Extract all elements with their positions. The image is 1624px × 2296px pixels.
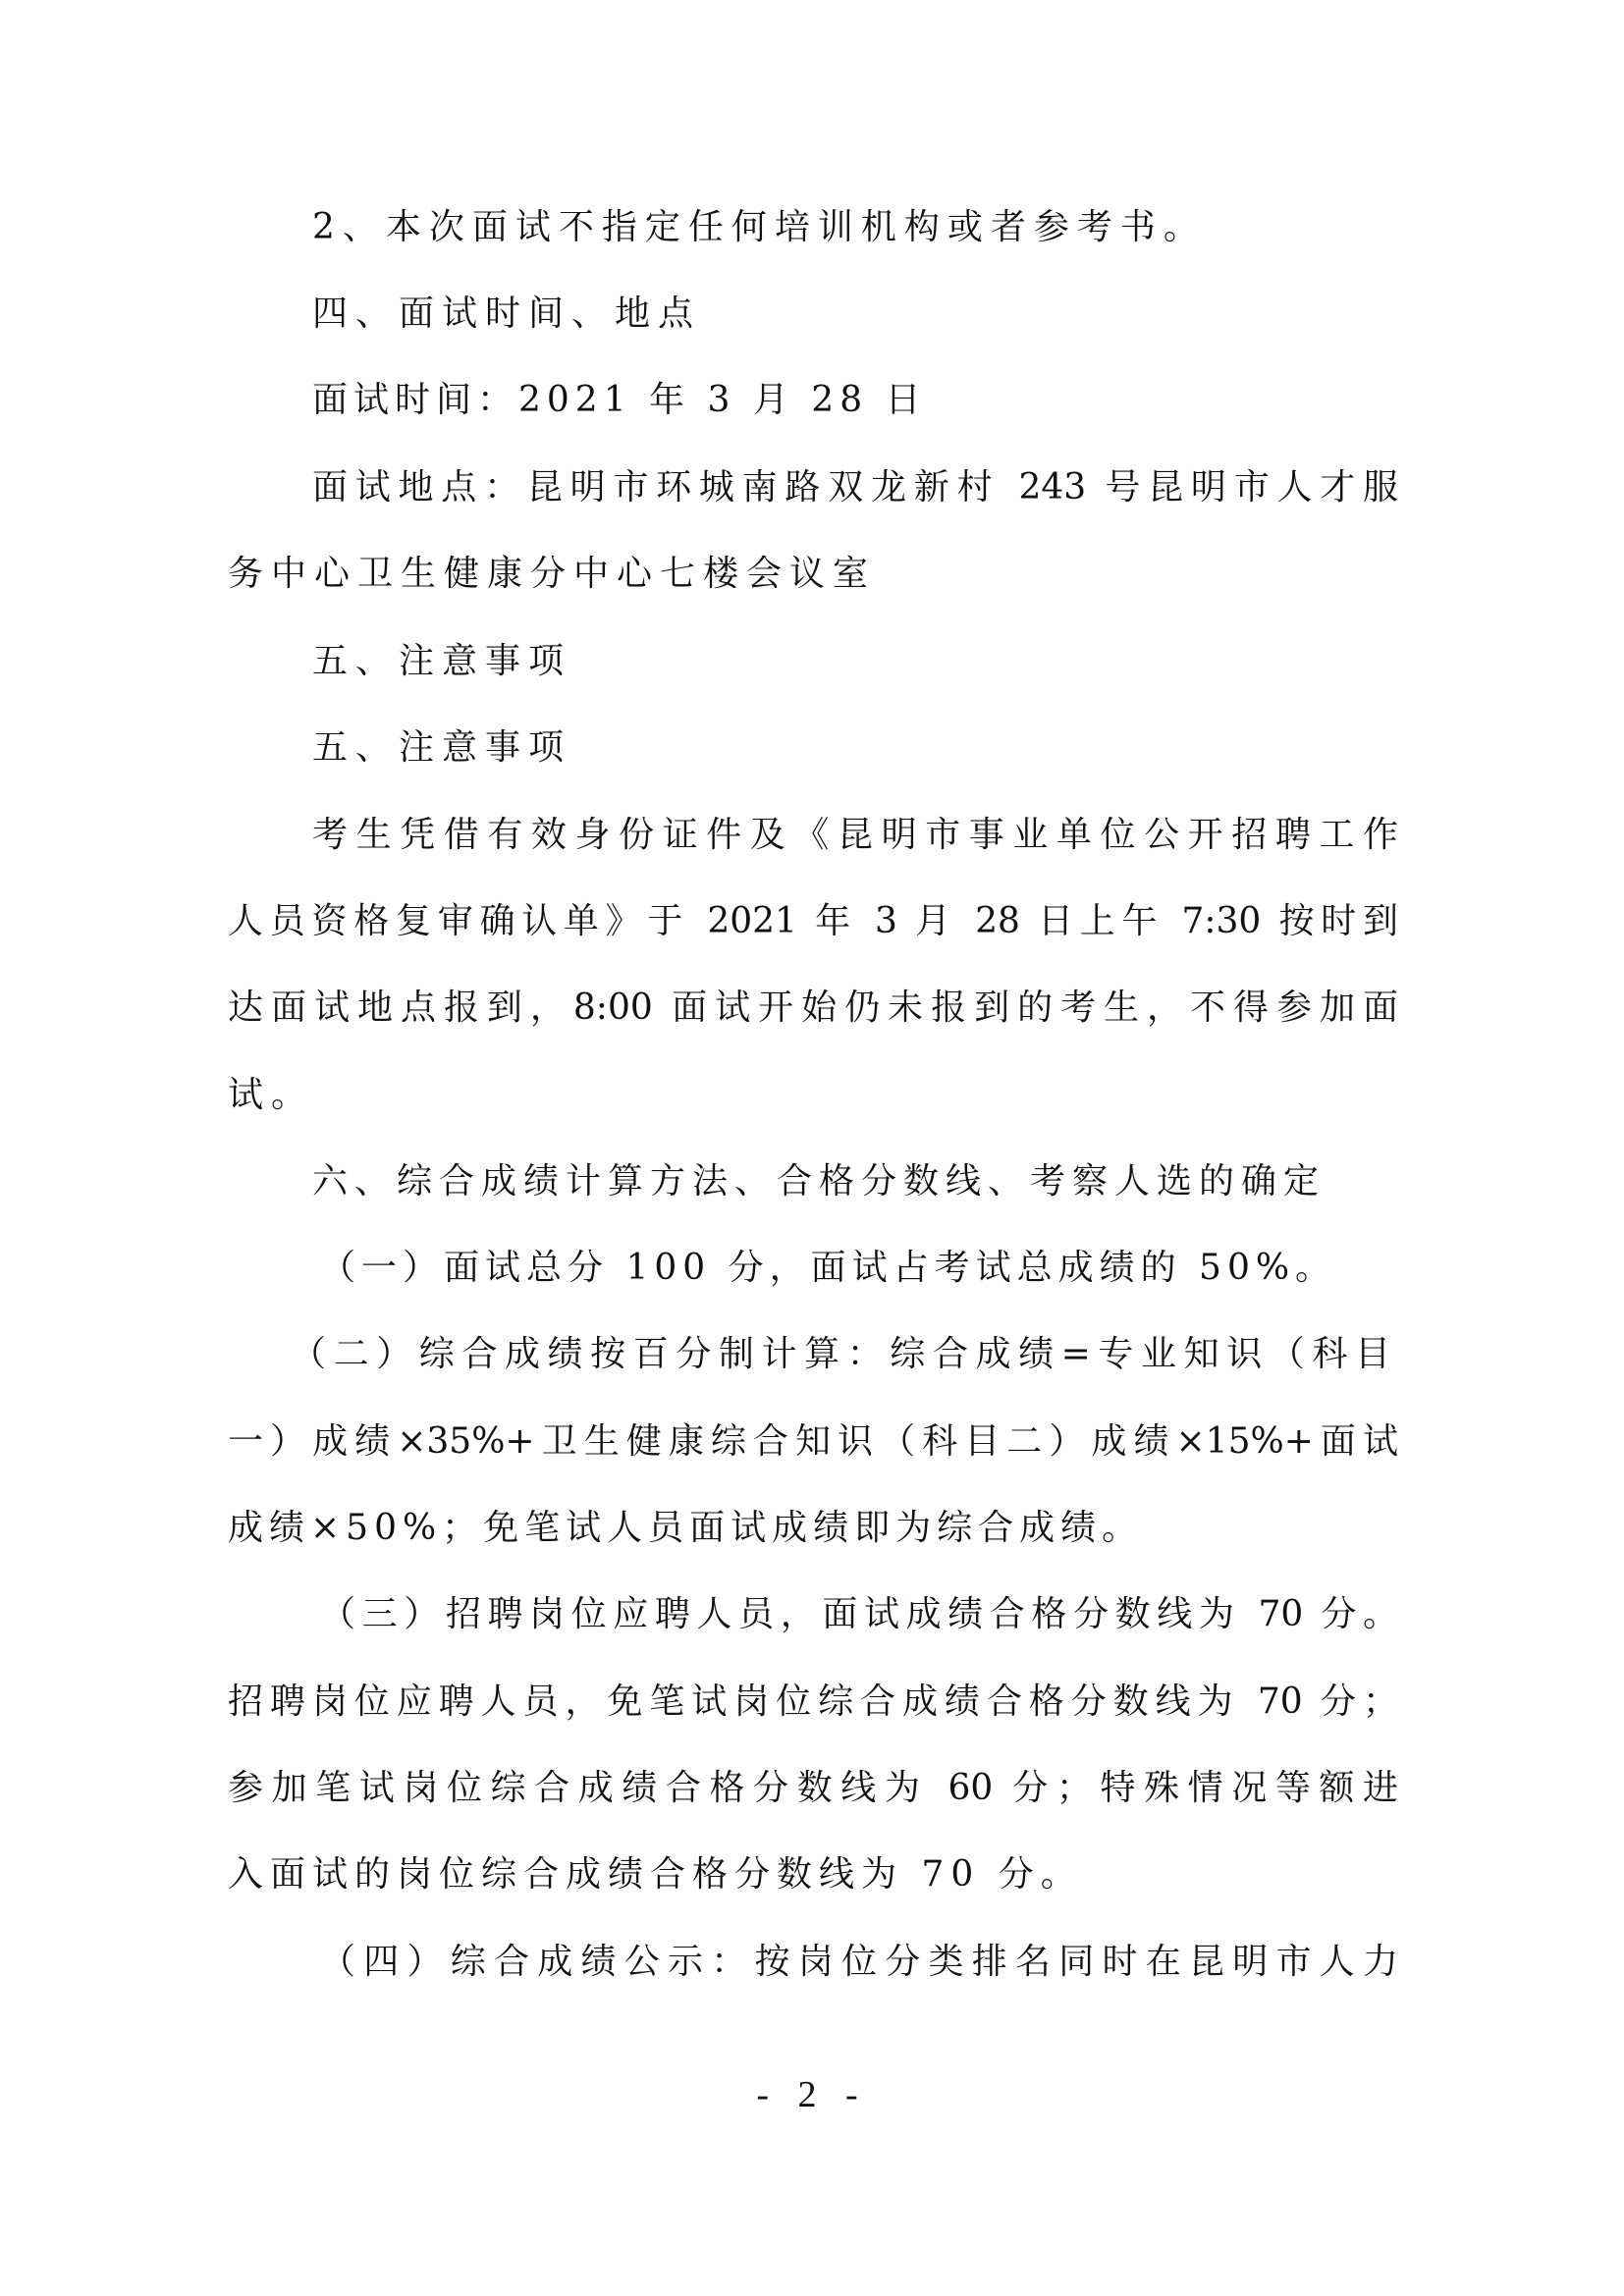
- scoring-item-3-line-3: 参加笔试岗位综合成绩合格分数线为 60 分；特殊情况等额进: [228, 1767, 1398, 1810]
- scoring-item-3-line-1: （三）招聘岗位应聘人员，面试成绩合格分数线为 70 分。: [320, 1593, 1398, 1636]
- page-number: - 2 -: [0, 2073, 1624, 2116]
- document-page: 2、本次面试不指定任何培训机构或者参考书。 四、面试时间、地点 面试时间：202…: [0, 0, 1624, 2296]
- scoring-item-1: （一）面试总分 100 分，面试占考试总成绩的 50%。: [320, 1247, 1336, 1290]
- scoring-item-2-line-3: 成绩×50%；免笔试人员面试成绩即为综合成绩。: [228, 1507, 1143, 1550]
- scoring-item-3-line-2: 招聘岗位应聘人员，免笔试岗位综合成绩合格分数线为 70 分；: [228, 1681, 1398, 1724]
- notes-paragraph-line-2: 人员资格复审确认单》于 2021 年 3 月 28 日上午 7:30 按时到: [228, 900, 1398, 943]
- scoring-item-2-line-2: 一）成绩×35%+卫生健康综合知识（科目二）成绩×15%+面试: [228, 1420, 1398, 1464]
- paragraph-no-designated-training: 2、本次面试不指定任何培训机构或者参考书。: [312, 206, 1207, 249]
- scoring-item-4-line-1: （四）综合成绩公示：按岗位分类排名同时在昆明市人力: [320, 1941, 1398, 1984]
- scoring-item-2-line-1: （二）综合成绩按百分制计算：综合成绩=专业知识（科目: [291, 1333, 1390, 1376]
- heading-notes-duplicate: 五、注意事项: [312, 726, 571, 770]
- notes-paragraph-line-4: 试。: [228, 1074, 314, 1117]
- notes-paragraph-line-1: 考生凭借有效身份证件及《昆明市事业单位公开招聘工作: [312, 814, 1398, 857]
- interview-place-line-2: 务中心卫生健康分中心七楼会议室: [228, 553, 876, 596]
- interview-time: 面试时间：2021 年 3 月 28 日: [312, 379, 927, 422]
- notes-paragraph-line-3: 达面试地点报到，8:00 面试开始仍未报到的考生，不得参加面: [228, 987, 1398, 1030]
- heading-notes: 五、注意事项: [312, 640, 571, 683]
- interview-place-line-1: 面试地点：昆明市环城南路双龙新村 243 号昆明市人才服: [312, 466, 1398, 509]
- heading-interview-time-place: 四、面试时间、地点: [312, 293, 701, 336]
- scoring-item-3-line-4: 入面试的岗位综合成绩合格分数线为 70 分。: [228, 1853, 1083, 1896]
- heading-scoring-method: 六、综合成绩计算方法、合格分数线、考察人选的确定: [312, 1160, 1326, 1203]
